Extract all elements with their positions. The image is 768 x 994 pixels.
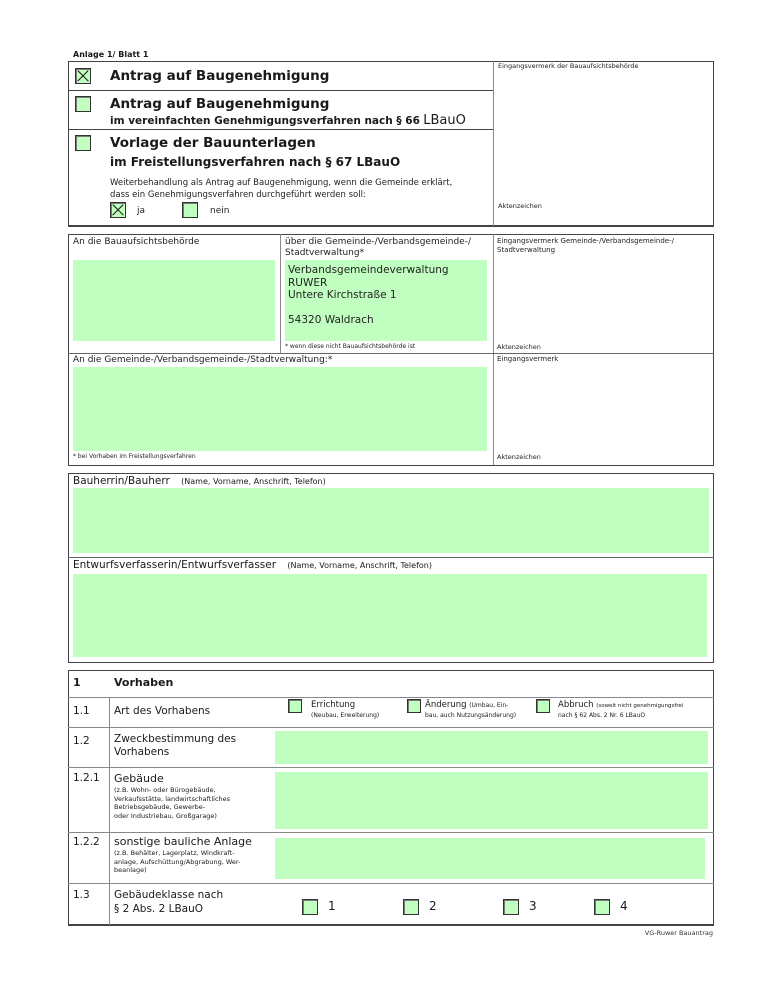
modification-hint: bau, auch Nutzungsänderung) bbox=[425, 712, 516, 719]
demolition-hint: nach § 62 Abs. 2 Nr. 6 LBauO bbox=[558, 712, 645, 719]
builder-hint: (Name, Vorname, Anschrift, Telefon) bbox=[181, 477, 326, 486]
row-other-structure-number: 1.2.2 bbox=[73, 836, 100, 848]
checkbox-construction[interactable] bbox=[288, 699, 302, 713]
sheet-label: Anlage 1/ Blatt 1 bbox=[73, 50, 148, 59]
construction-hint: (Neubau, Erweiterung) bbox=[311, 712, 379, 719]
authority-stamp-title: Eingangsvermerk der Bauaufsichtsbehörde bbox=[498, 62, 639, 70]
to-municipality-label: An die Gemeinde-/Verbandsgemeinde-/Stadt… bbox=[73, 355, 332, 365]
builder-field[interactable] bbox=[73, 488, 709, 553]
row-other-structure-label: sonstige bauliche Anlage bbox=[114, 835, 252, 848]
building-authority-label: An die Bauaufsichtsbehörde bbox=[73, 237, 199, 247]
option-simplified-permit-title: Antrag auf Baugenehmigung bbox=[110, 96, 329, 112]
checkbox-building-class-1[interactable] bbox=[302, 899, 318, 915]
row-building-class-label-1: Gebäudeklasse nach bbox=[114, 889, 223, 901]
via-municipality-address-field[interactable]: Verbandsgemeindeverwaltung RUWER Untere … bbox=[285, 260, 487, 341]
row-building-class-label-2: § 2 Abs. 2 LBauO bbox=[114, 903, 203, 915]
modification-hint-inline: (Umbau, Ein- bbox=[469, 702, 508, 709]
via-municipality-footnote: * wenn diese nicht Bauaufsichtsbehörde i… bbox=[285, 343, 415, 350]
building-class-1-label: 1 bbox=[328, 899, 336, 913]
modification-label: Änderung bbox=[425, 700, 467, 710]
option-exemption-subtitle: im Freistellungsverfahren nach § 67 LBau… bbox=[110, 155, 400, 169]
option-building-permit-title: Antrag auf Baugenehmigung bbox=[110, 68, 329, 84]
via-municipality-label-1: über die Gemeinde-/Verbandsgemeinde-/ bbox=[285, 237, 471, 247]
checkbox-building-permit[interactable] bbox=[75, 68, 91, 84]
continue-yes-label: ja bbox=[137, 206, 145, 216]
checkbox-exemption-procedure[interactable] bbox=[75, 135, 91, 151]
row-purpose-label-2: Vorhabens bbox=[114, 746, 169, 758]
row-purpose-label-1: Zweckbestimmung des bbox=[114, 733, 236, 745]
checkbox-simplified-permit[interactable] bbox=[75, 96, 91, 112]
row-building-number: 1.2.1 bbox=[73, 772, 100, 784]
checkbox-building-class-2[interactable] bbox=[403, 899, 419, 915]
building-class-2-label: 2 bbox=[429, 899, 437, 913]
row-type-number: 1.1 bbox=[73, 705, 90, 717]
checkbox-continue-no[interactable] bbox=[182, 202, 198, 218]
checkbox-demolition[interactable] bbox=[536, 699, 550, 713]
row-other-structure-hint: (z.B. Behälter, Lagerplatz, Windkraft- a… bbox=[114, 849, 240, 875]
building-class-4-label: 4 bbox=[620, 899, 628, 913]
row-building-class-number: 1.3 bbox=[73, 889, 90, 901]
demolition-hint-inline: (soweit nicht genehmigungsfrei bbox=[596, 703, 683, 709]
to-municipality-footnote: * bei Vorhaben im Freistellungsverfahren bbox=[73, 453, 196, 460]
construction-label: Errichtung bbox=[311, 700, 355, 710]
checkbox-building-class-3[interactable] bbox=[503, 899, 519, 915]
row-building-hint: (z.B. Wohn- oder Bürogebäude, Verkaufsst… bbox=[114, 786, 230, 820]
section-number: 1 bbox=[73, 676, 81, 689]
municipality-stamp-title-1: Eingangsvermerk Gemeinde-/Verbandsgemein… bbox=[497, 237, 674, 245]
builder-label: Bauherrin/Bauherr bbox=[73, 475, 170, 487]
section-title: Vorhaben bbox=[114, 676, 173, 689]
row-purpose-number: 1.2 bbox=[73, 735, 90, 747]
option-simplified-permit-suffix: LBauO bbox=[423, 113, 466, 128]
other-structure-field[interactable] bbox=[275, 838, 705, 879]
receipt-stamp-file-ref: Aktenzeichen bbox=[497, 453, 541, 461]
municipality-stamp-file-ref: Aktenzeichen bbox=[497, 343, 541, 351]
building-class-3-label: 3 bbox=[529, 899, 537, 913]
checkbox-modification[interactable] bbox=[407, 699, 421, 713]
form-id: VG-Ruwer Bauantrag bbox=[645, 929, 713, 937]
checkbox-building-class-4[interactable] bbox=[594, 899, 610, 915]
row-type-label: Art des Vorhabens bbox=[114, 705, 210, 717]
designer-label: Entwurfsverfasserin/Entwurfsverfasser bbox=[73, 559, 276, 571]
demolition-label: Abbruch bbox=[558, 700, 594, 710]
checkbox-continue-yes[interactable] bbox=[110, 202, 126, 218]
designer-field[interactable] bbox=[73, 574, 707, 657]
municipality-stamp-title-2: Stadtverwaltung bbox=[497, 246, 555, 254]
building-field[interactable] bbox=[275, 772, 708, 829]
authority-stamp-file-ref: Aktenzeichen bbox=[498, 202, 542, 210]
building-authority-field[interactable] bbox=[73, 260, 275, 341]
via-municipality-label-2: Stadtverwaltung* bbox=[285, 248, 364, 258]
continuation-text-1: Weiterbehandlung als Antrag auf Baugeneh… bbox=[110, 178, 452, 188]
designer-hint: (Name, Vorname, Anschrift, Telefon) bbox=[287, 561, 432, 570]
continue-no-label: nein bbox=[210, 206, 229, 216]
purpose-field[interactable] bbox=[275, 731, 708, 764]
to-municipality-field[interactable] bbox=[73, 367, 487, 451]
option-simplified-permit-subtitle: im vereinfachten Genehmigungsverfahren n… bbox=[110, 115, 420, 127]
receipt-stamp-title: Eingangsvermerk bbox=[497, 355, 558, 363]
row-building-label: Gebäude bbox=[114, 772, 164, 785]
option-exemption-title: Vorlage der Bauunterlagen bbox=[110, 135, 316, 151]
continuation-text-2: dass ein Genehmigungsverfahren durchgefü… bbox=[110, 190, 366, 200]
